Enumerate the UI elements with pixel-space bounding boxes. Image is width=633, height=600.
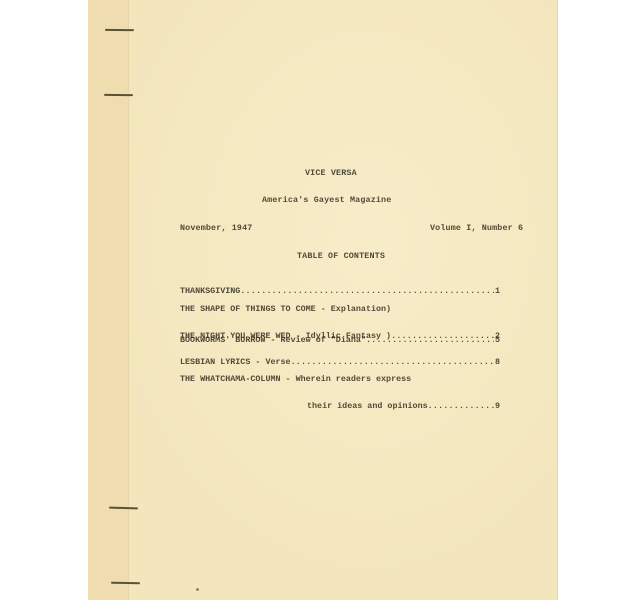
magazine-title: VICE VERSA (305, 169, 357, 178)
toc-entry-title: their ideas and opinions (307, 402, 428, 411)
staple-mark (109, 507, 138, 510)
issue-date: November, 1947 (180, 224, 252, 233)
toc-page-number: 9 (495, 402, 500, 411)
toc-entry-title: THE SHAPE OF THINGS TO COME - Explanatio… (180, 305, 500, 314)
magazine-subtitle: America's Gayest Magazine (262, 196, 391, 205)
staple-mark (105, 29, 134, 31)
toc-entry-whatchama-column: THE WHATCHAMA-COLUMN - Wherein readers e… (180, 357, 500, 420)
toc-entry-title: THE WHATCHAMA-COLUMN - Wherein readers e… (180, 375, 500, 384)
toc-heading: TABLE OF CONTENTS (297, 252, 385, 261)
paper-spot (196, 588, 199, 591)
dot-leader (428, 402, 494, 411)
binding-strip (88, 0, 129, 600)
issue-volume: Volume I, Number 6 (430, 224, 523, 233)
staple-mark (104, 94, 133, 96)
staple-mark (111, 582, 140, 585)
